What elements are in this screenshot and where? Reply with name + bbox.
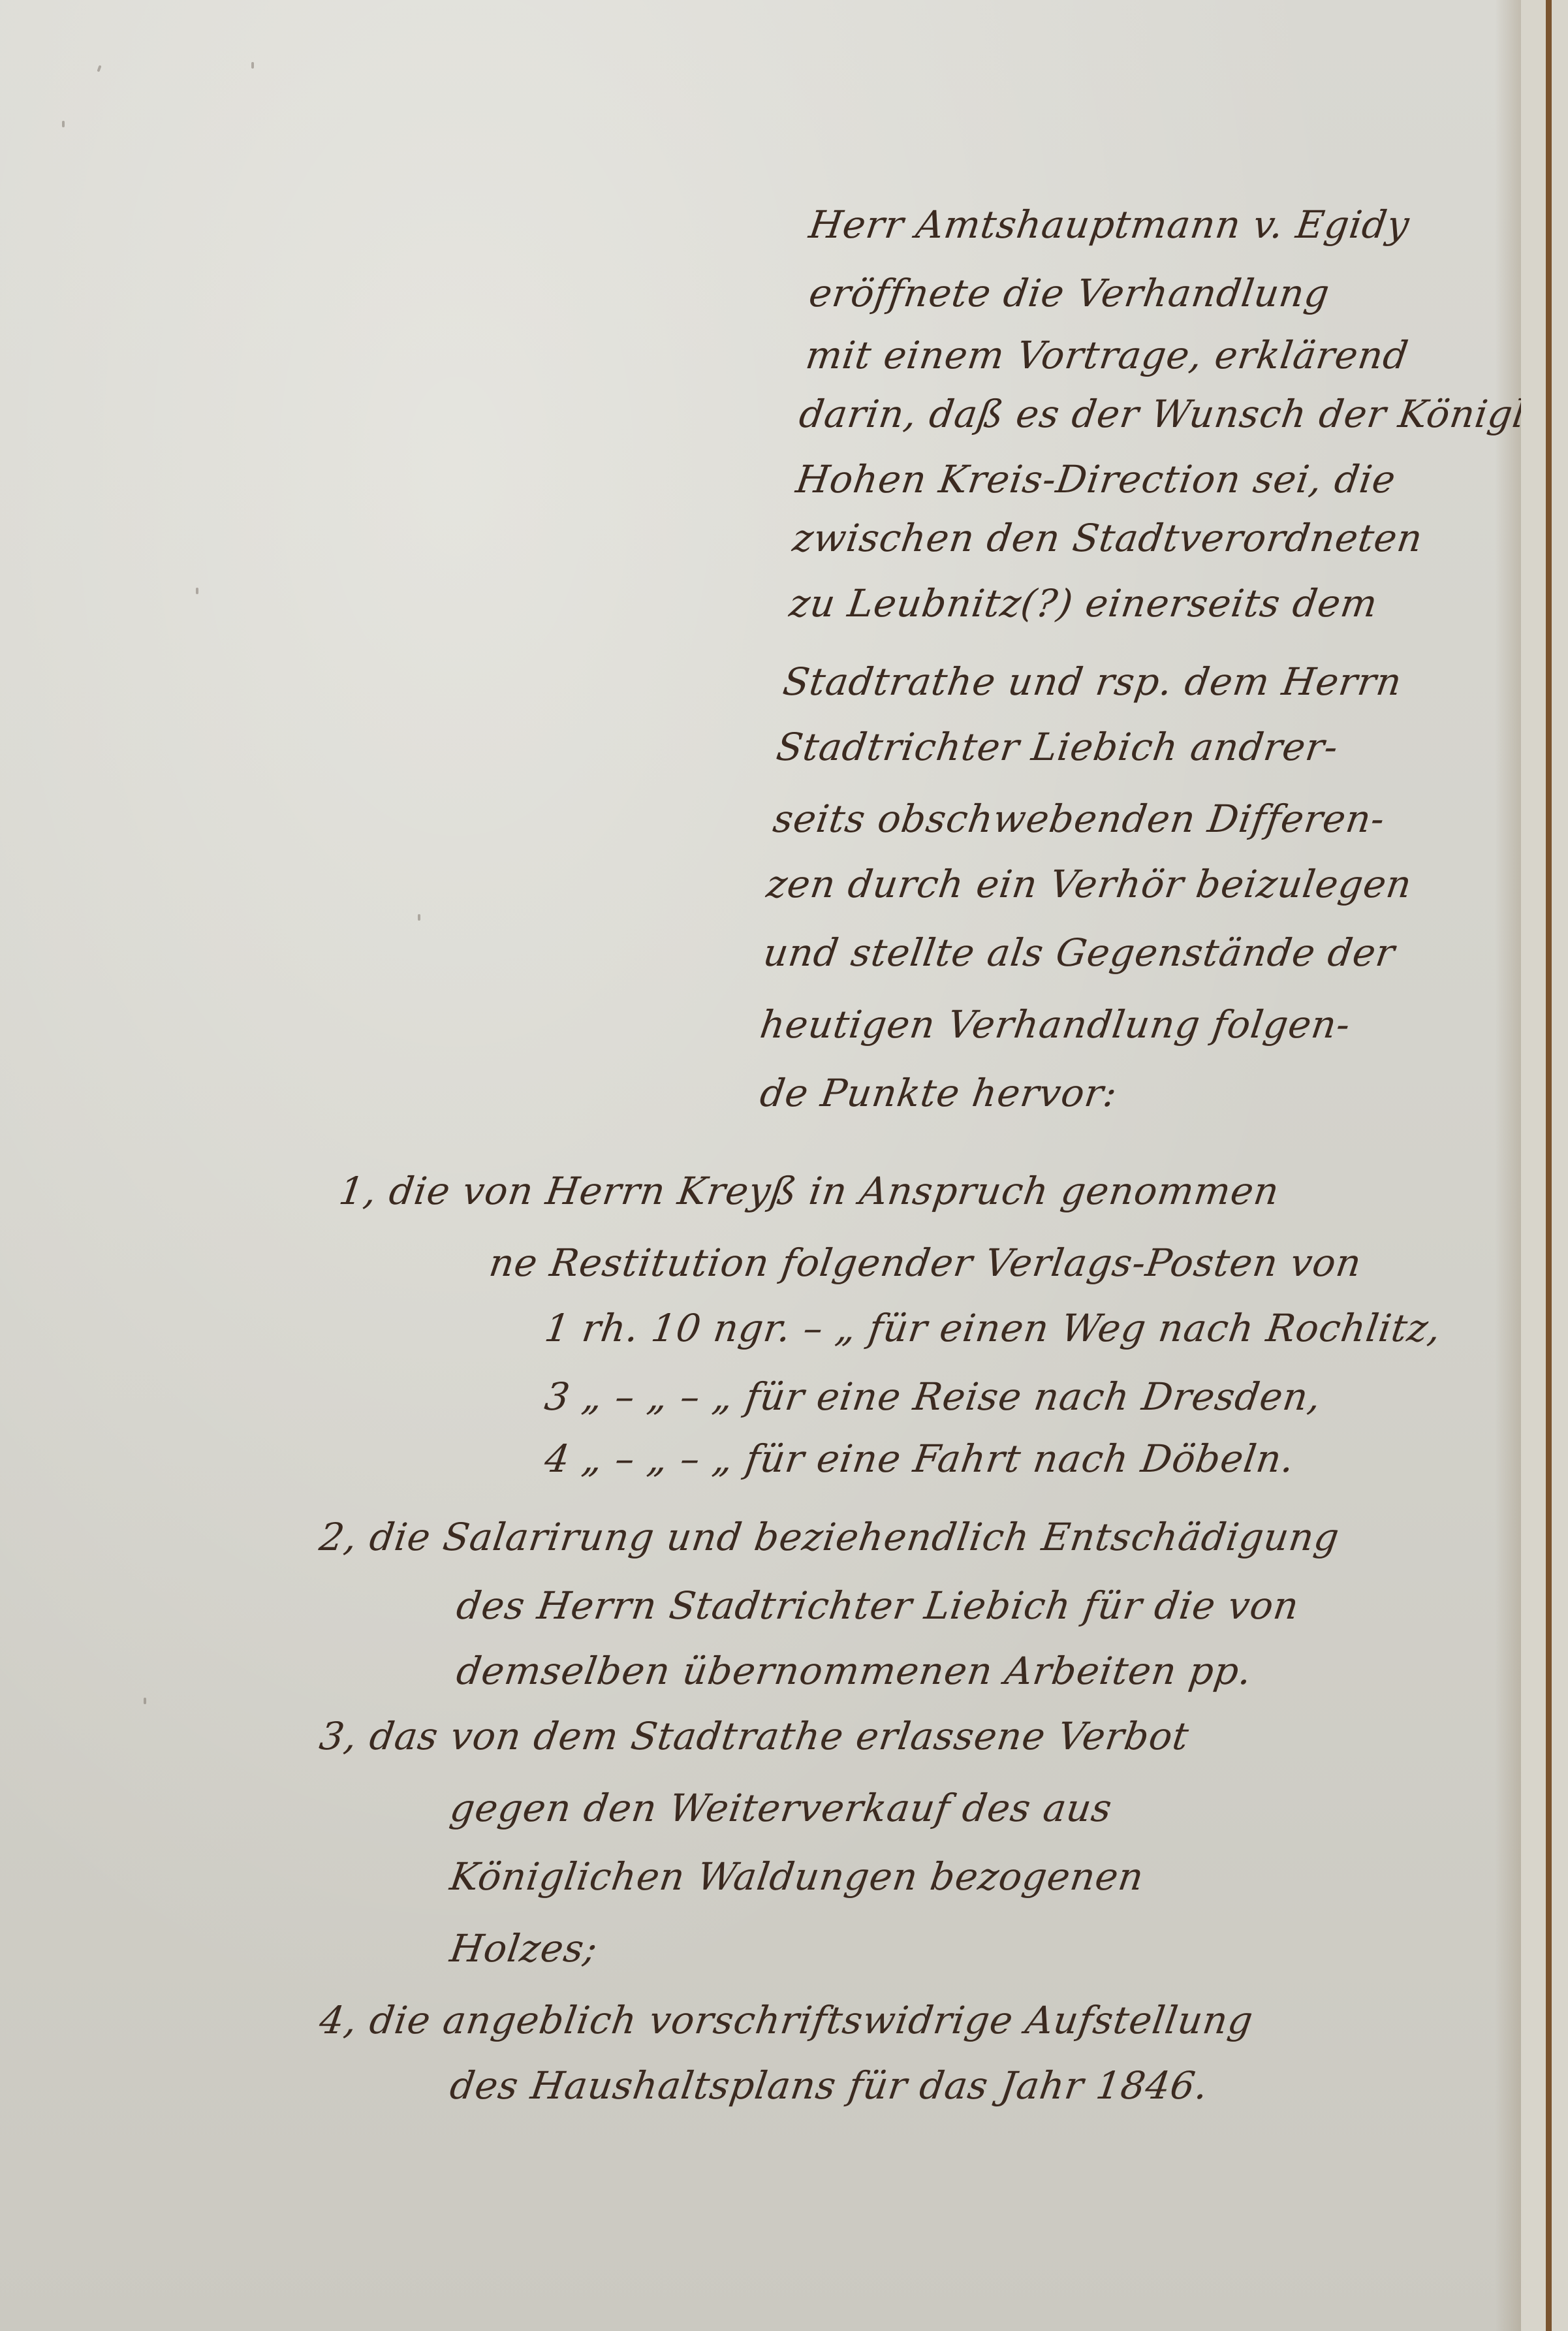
intro-line: und stellte als Gegenstände der	[760, 930, 1398, 975]
paper-speck	[62, 121, 65, 127]
page-edge-shadow	[1495, 0, 1521, 2331]
paper-speck	[97, 65, 101, 72]
adjacent-page-edge	[1521, 0, 1568, 2331]
point-3-line: Holzes;	[447, 1926, 601, 1971]
intro-line: Herr Amtshauptmann v. Egidy	[806, 202, 1412, 247]
point-1-amount: 1 rh. 10 ngr. – „ für einen Weg nach Roc…	[542, 1306, 1444, 1350]
point-1-amount: 4 „ – „ – „ für eine Fahrt nach Döbeln.	[542, 1436, 1297, 1481]
point-1-line: 1, die von Herrn Kreyß in Anspruch genom…	[336, 1169, 1282, 1213]
intro-line: Stadtrathe und rsp. dem Herrn	[780, 659, 1405, 704]
point-3-line: Königlichen Waldungen bezogenen	[447, 1854, 1147, 1899]
intro-line: mit einem Vortrage, erklärend	[803, 333, 1411, 377]
paper-speck	[251, 62, 254, 69]
point-1-line: ne Restitution folgender Verlags-Posten …	[486, 1241, 1364, 1285]
intro-line: de Punkte hervor:	[757, 1071, 1120, 1115]
point-4-line: des Haushaltsplans für das Jahr 1846.	[447, 2063, 1211, 2108]
point-1-amount: 3 „ – „ – „ für eine Reise nach Dresden,	[542, 1374, 1324, 1419]
intro-line: zu Leubnitz(?) einerseits dem	[787, 581, 1381, 626]
binding-edge	[1546, 0, 1552, 2331]
intro-line: heutigen Verhandlung folgen-	[757, 1002, 1353, 1047]
intro-line: Stadtrichter Liebich andrer-	[774, 725, 1341, 769]
intro-line: eröffnete die Verhandlung	[806, 271, 1332, 315]
intro-line: zen durch ein Verhör beizulegen	[764, 862, 1415, 906]
intro-line: seits obschwebenden Differen-	[770, 797, 1388, 841]
paper-speck	[418, 914, 420, 921]
point-3-line: 3, das von dem Stadtrathe erlassene Verb…	[317, 1714, 1192, 1758]
point-2-line: demselben übernommenen Arbeiten pp.	[454, 1649, 1255, 1693]
point-2-line: des Herrn Stadtrichter Liebich für die v…	[454, 1583, 1302, 1628]
paper-speck	[196, 588, 198, 594]
intro-line: darin, daß es der Wunsch der Königl.	[796, 392, 1541, 436]
point-3-line: gegen den Weiterverkauf des aus	[447, 1786, 1115, 1830]
intro-line: Hohen Kreis-Direction sei, die	[793, 457, 1398, 501]
paper-speck	[144, 1698, 146, 1704]
point-4-line: 4, die angeblich vorschriftswidrige Aufs…	[317, 1998, 1256, 2042]
intro-line: zwischen den Stadtverordneten	[790, 516, 1426, 560]
point-2-line: 2, die Salarirung und beziehendlich Ents…	[317, 1515, 1342, 1559]
manuscript-page: Herr Amtshauptmann v. Egidy eröffnete di…	[0, 0, 1521, 2331]
